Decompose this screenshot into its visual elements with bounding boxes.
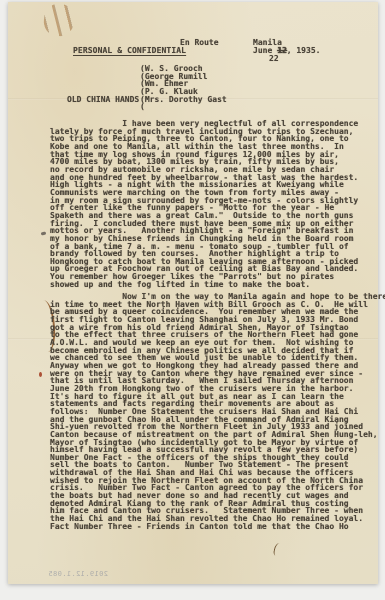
recipient-row: ( xyxy=(8,103,378,111)
recipient-row: OLD CHINA HANDS(Mrs. Dorothy Gast xyxy=(8,96,378,104)
archive-number-mirrored: 2019.12.1.085 xyxy=(32,570,108,578)
recipient-group-label: OLD CHINA HANDS xyxy=(67,96,139,104)
dateline: June 12, 1935. xyxy=(253,46,320,55)
pencil-mark xyxy=(41,231,47,235)
letter-page: En Route Manila PERSONAL & CONFIDENTIAL … xyxy=(8,2,378,584)
scan-background: { "colors": { "paper": "#eae2cb", "ink":… xyxy=(0,0,385,600)
date-correction: 22 xyxy=(269,54,279,63)
paragraph: I have been very neglectful of all corre… xyxy=(50,120,380,288)
date-year: , 1935. xyxy=(287,46,321,55)
body-line: showed up and the fog lifted in time to … xyxy=(50,281,380,289)
paragraph: Now I'm on the way to Manila again and h… xyxy=(50,293,380,530)
ink-squiggle xyxy=(273,542,283,556)
trailing-bracket: ( xyxy=(140,103,145,111)
recipient-row: (George Rumill xyxy=(8,73,378,81)
body-line: Fact Number Three - Friends in Canton to… xyxy=(50,523,380,531)
red-speck xyxy=(39,372,42,377)
recipient-name: (Mrs. Dorothy Gast xyxy=(140,96,227,104)
letter-body: I have been very neglectful of all corre… xyxy=(50,120,380,530)
recipients-block: (W. S. Grooch(George Rumill(Wm. Ehmer(P.… xyxy=(8,65,378,111)
rust-stain xyxy=(42,3,75,38)
confidential-heading: PERSONAL & CONFIDENTIAL xyxy=(73,46,186,55)
